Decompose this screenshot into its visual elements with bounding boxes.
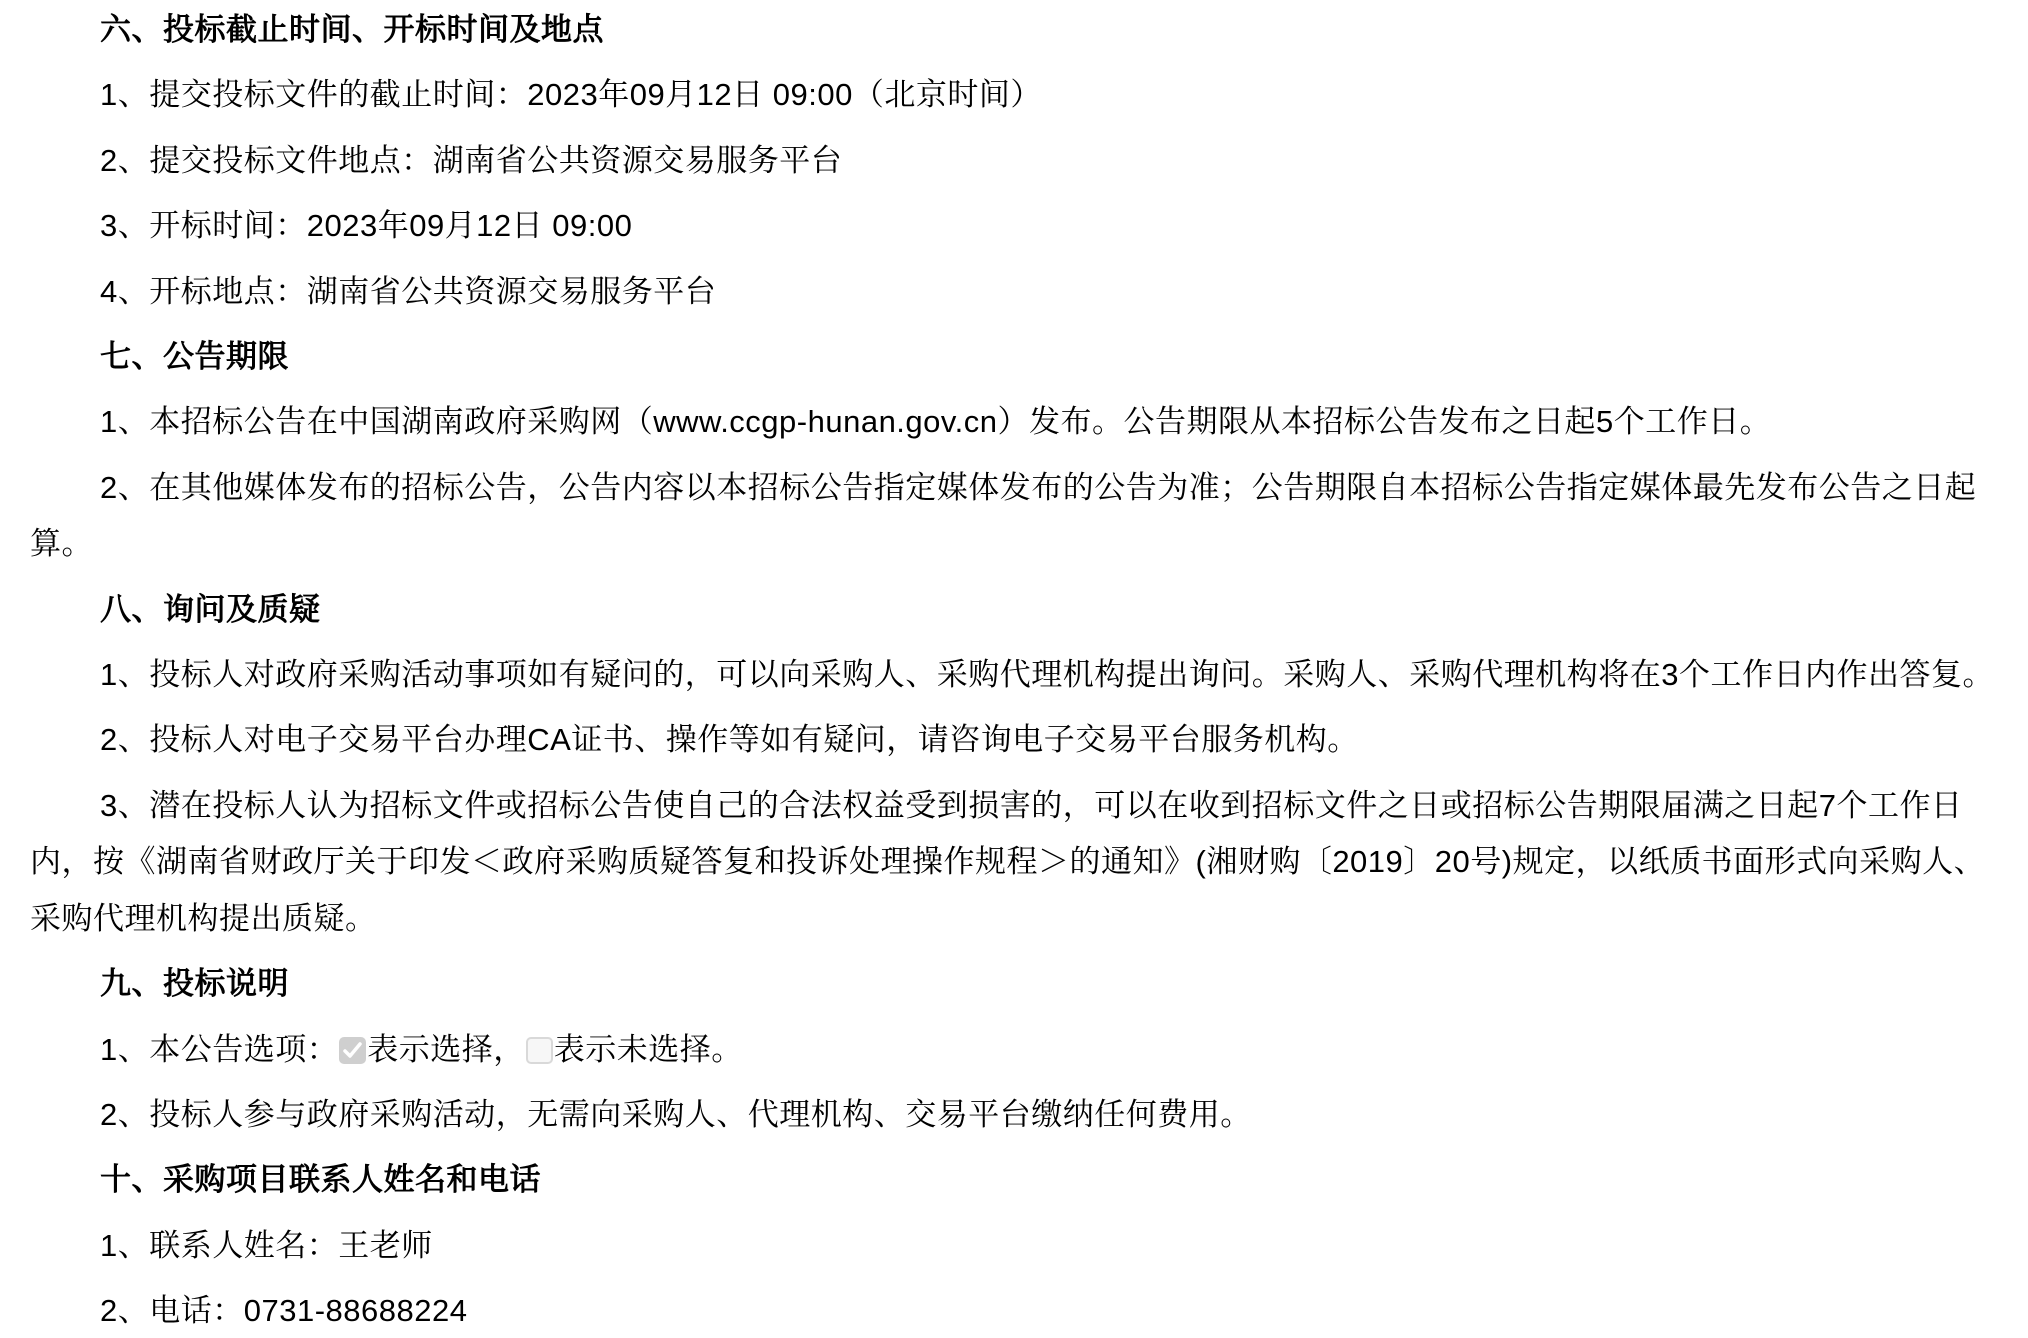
item-contact-name: 1、联系人姓名：王老师 [30,1218,2002,1274]
checkbox-checked-label: 表示选择， [367,1032,525,1067]
item-ca-certificate: 2、投标人对电子交易平台办理CA证书、操作等如有疑问，请咨询电子交易平台服务机构… [30,712,2002,768]
item-inquiry-reply: 1、投标人对政府采购活动事项如有疑问的，可以向采购人、采购代理机构提出询问。采购… [30,647,2002,703]
checked-checkbox-icon [339,1037,366,1064]
unchecked-checkbox-icon [526,1037,553,1064]
item-contact-phone: 2、电话：0731-88688224 [30,1283,2002,1338]
section-heading-contact: 十、采购项目联系人姓名和电话 [30,1152,2002,1208]
section-heading-bid-instructions: 九、投标说明 [30,956,2002,1012]
section-heading-inquiry: 八、询问及质疑 [30,582,2002,638]
item-announcement-publish: 1、本招标公告在中国湖南政府采购网（www.ccgp-hunan.gov.cn）… [30,394,2002,450]
checkbox-legend-prefix: 1、本公告选项： [100,1032,338,1067]
item-no-fees: 2、投标人参与政府采购活动，无需向采购人、代理机构、交易平台缴纳任何费用。 [30,1087,2002,1143]
item-bid-submission-place: 2、提交投标文件地点：湖南省公共资源交易服务平台 [30,133,2002,189]
announcement-document: 六、投标截止时间、开标时间及地点 1、提交投标文件的截止时间：2023年09月1… [0,0,2028,1338]
item-bid-opening-time: 3、开标时间：2023年09月12日 09:00 [30,198,2002,254]
item-bid-submission-deadline: 1、提交投标文件的截止时间：2023年09月12日 09:00（北京时间） [30,67,2002,123]
item-checkbox-legend: 1、本公告选项：表示选择，表示未选择。 [30,1022,2002,1078]
item-other-media-announcement: 2、在其他媒体发布的招标公告，公告内容以本招标公告指定媒体发布的公告为准；公告期… [30,460,2002,573]
item-challenge-procedure: 3、潜在投标人认为招标文件或招标公告使自己的合法权益受到损害的，可以在收到招标文… [30,778,2002,947]
item-bid-opening-place: 4、开标地点：湖南省公共资源交易服务平台 [30,264,2002,320]
checkbox-unchecked-label: 表示未选择。 [554,1032,743,1067]
section-heading-announcement-period: 七、公告期限 [30,329,2002,385]
section-heading-deadline: 六、投标截止时间、开标时间及地点 [30,2,2002,58]
